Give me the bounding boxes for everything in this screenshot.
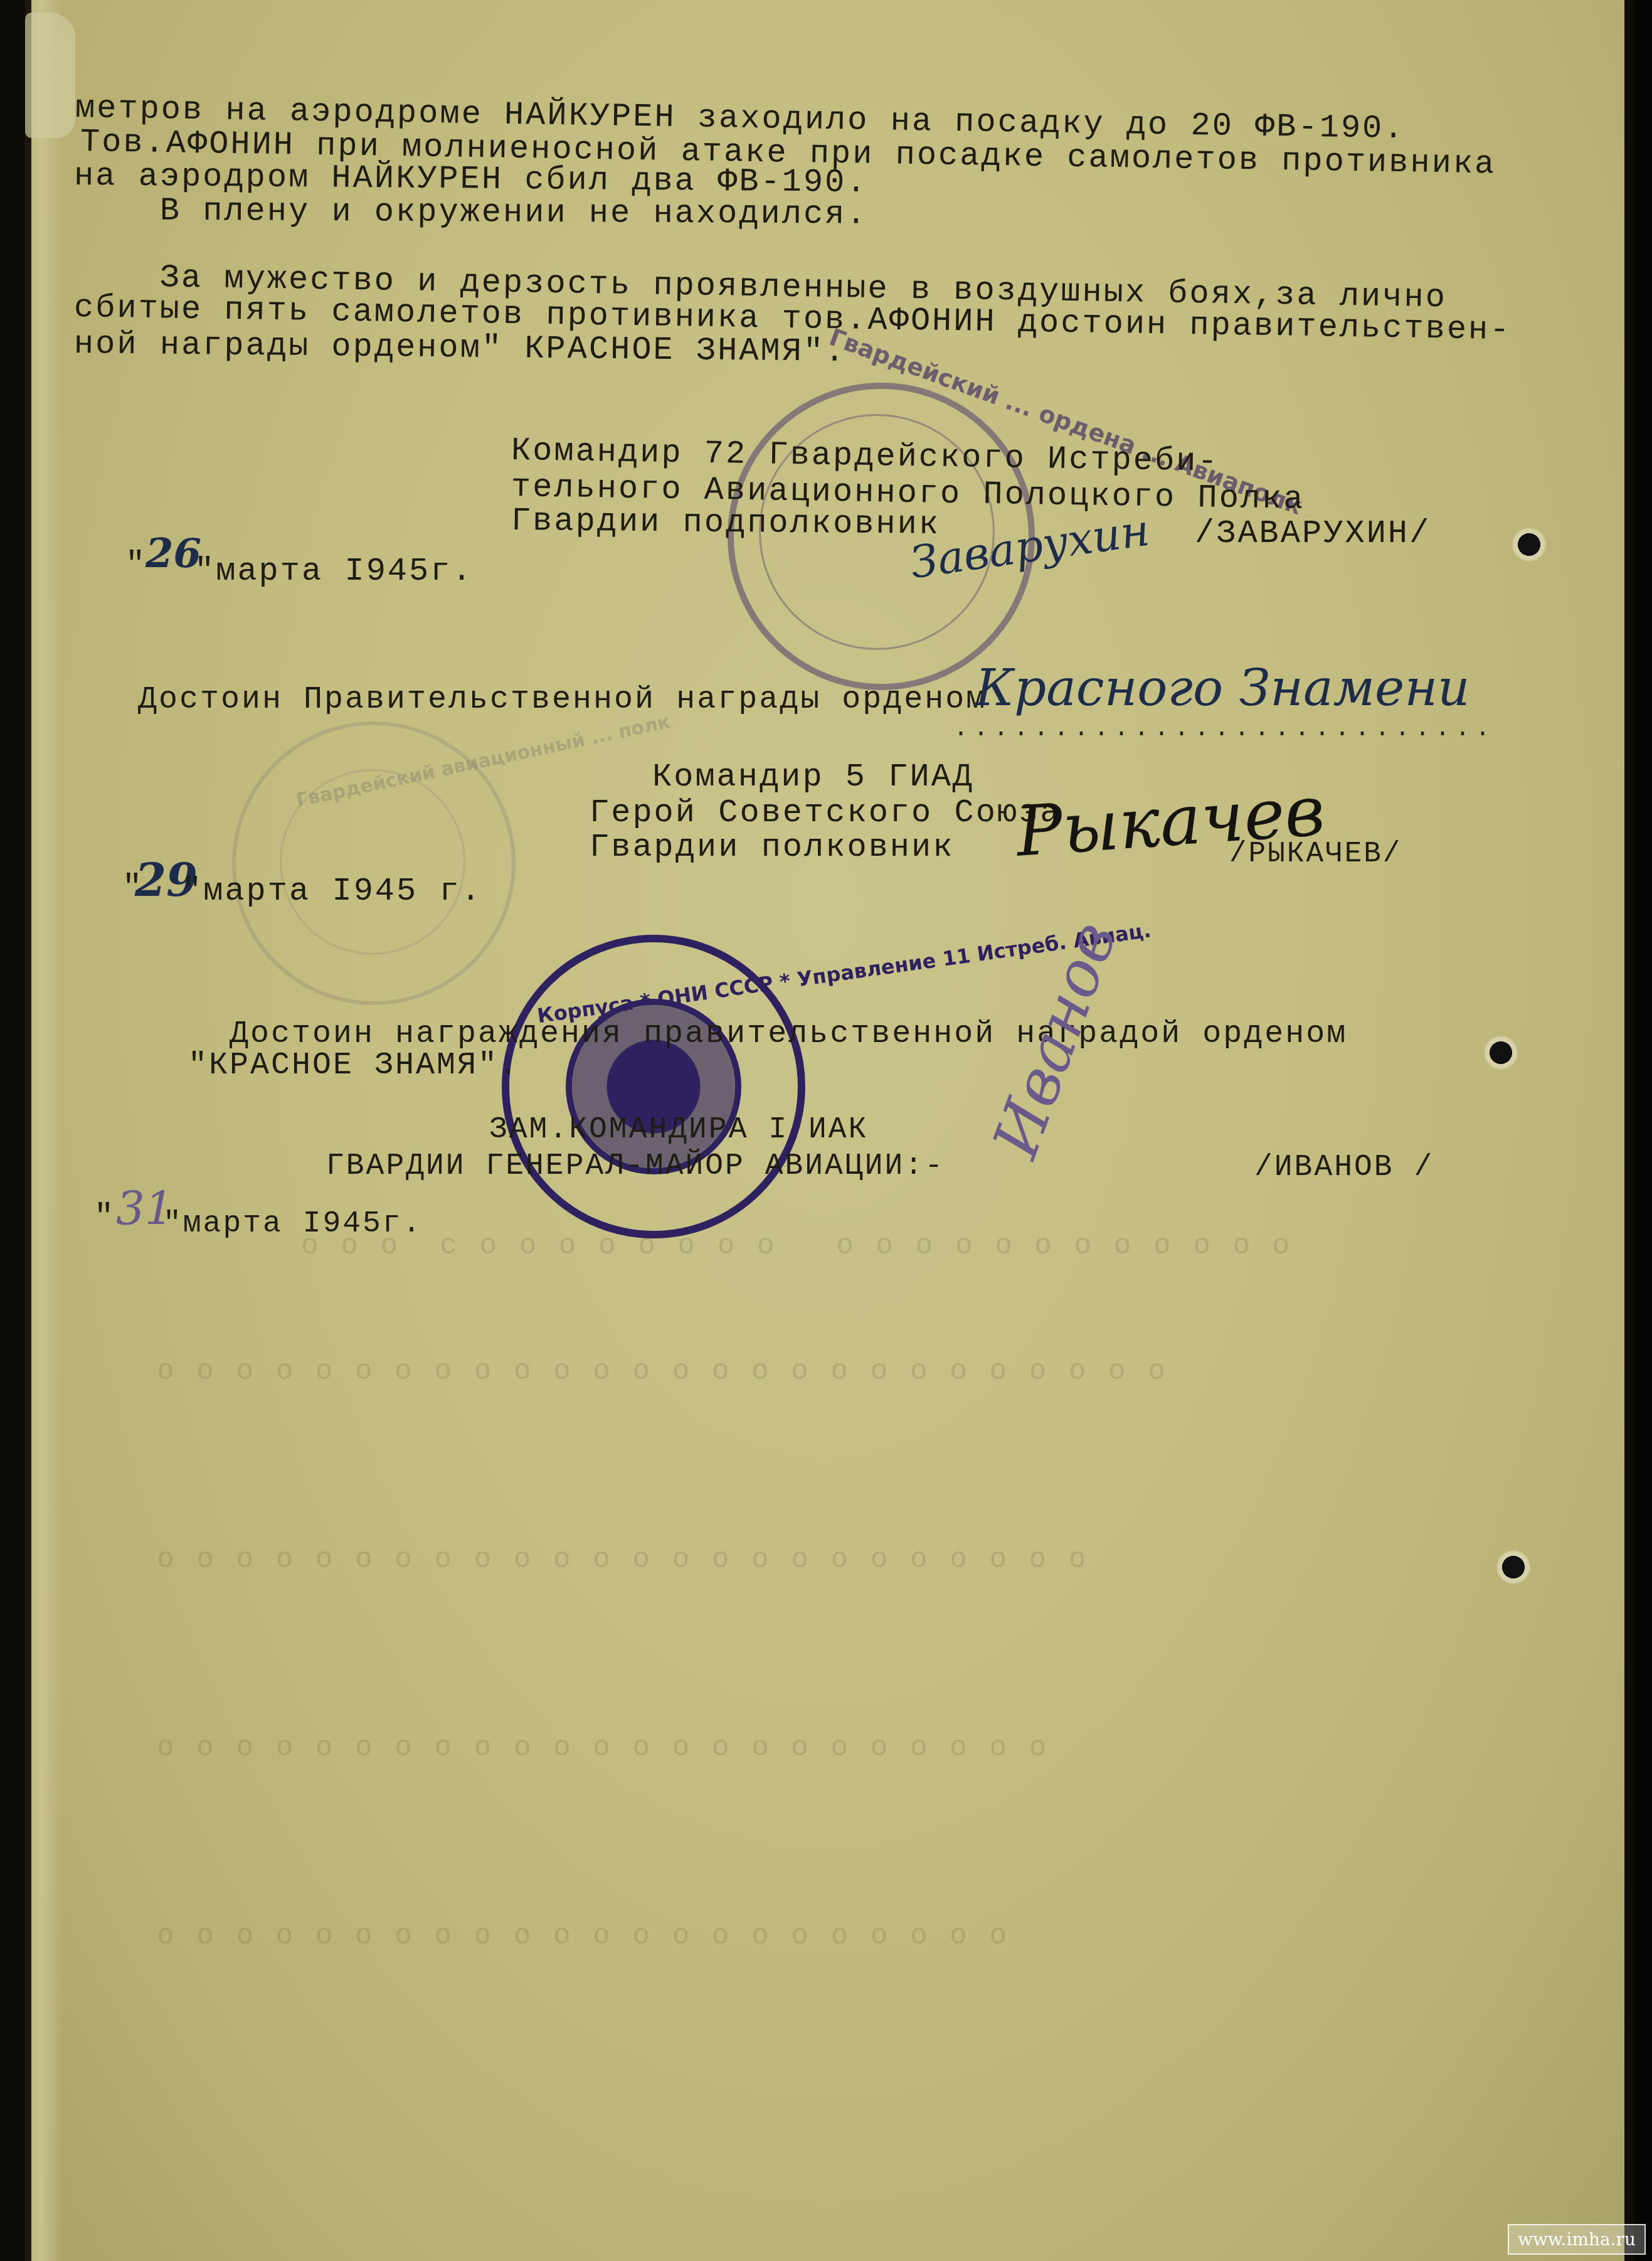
date-text: "марта I945г.	[163, 1205, 422, 1243]
torn-corner	[25, 13, 75, 138]
division-stamp-faded: Гвардейский авиационный ... полк	[232, 721, 516, 1005]
punch-hole	[1496, 1550, 1531, 1585]
bleed-through-text: о о о о о о о о о о о о о о о о о о о о …	[157, 1355, 1168, 1388]
bleed-through-text: о о о о о о о о о о о о о о о о о о о о …	[157, 1732, 1049, 1764]
source-watermark: www.imha.ru	[1508, 2224, 1646, 2255]
signer-name: /ЗАВАРУХИН/	[1195, 514, 1431, 553]
award-line-typed: Достоин Правительственной награды ордено…	[138, 681, 987, 720]
signature-title-line: Гвардии подполковник	[511, 502, 941, 545]
handwritten-award-name: Красного Знамени	[975, 659, 1470, 717]
date-open-quote: "	[125, 546, 147, 585]
page-left-edge	[25, 0, 31, 2261]
signature-title-line: Командир 5 ГИАД	[652, 758, 974, 797]
signature-rank-line: ГВАРДИИ ГЕНЕРАЛ-МАЙОР АВИАЦИИ:-	[326, 1147, 945, 1186]
body-text-line: В плену и окружении не находился.	[74, 191, 868, 235]
signer-name: /ИВАНОВ /	[1254, 1148, 1434, 1187]
signature-title-line: ЗАМ.КОМАНДИРА I ИАК	[489, 1110, 868, 1149]
date-text: "марта I945 г.	[182, 872, 482, 911]
date-open-quote: "	[94, 1198, 115, 1237]
corps-stamp: Корпуса * ОНИ СССР * Управление 11 Истре…	[502, 935, 805, 1238]
punch-hole	[1512, 527, 1547, 562]
signer-name: /РЫКАЧЕВ/	[1229, 834, 1402, 873]
signature-title-line: Гвардии полковник	[590, 828, 955, 867]
scan-border	[1634, 0, 1652, 2261]
bleed-through-text: о о о с о о о о о о о о о о о о о о о о …	[301, 1230, 1292, 1262]
bleed-through-text: о о о о о о о о о о о о о о о о о о о о …	[157, 1920, 1009, 1952]
body-text-line: "КРАСНОЕ ЗНАМЯ".	[188, 1046, 519, 1085]
dotted-fill-line: ...........................	[953, 715, 1495, 743]
handwritten-day: 26	[146, 530, 201, 577]
date-text: "марта I945г.	[194, 552, 474, 591]
body-text-line: ной награды орденом" КРАСНОЕ ЗНАМЯ".	[74, 325, 847, 372]
punch-hole	[1483, 1035, 1518, 1070]
bleed-through-text: о о о о о о о о о о о о о о о о о о о о …	[157, 1543, 1088, 1576]
signature-title-line: Герой Советского Союза	[590, 794, 1062, 833]
